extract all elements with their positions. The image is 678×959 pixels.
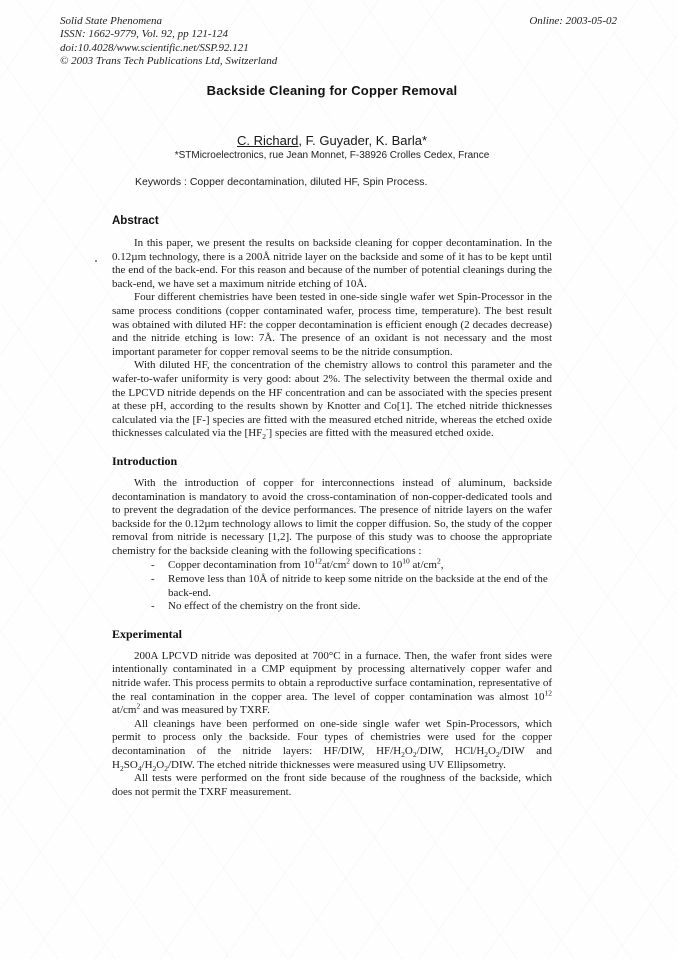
list-item: -No effect of the chemistry on the front… — [112, 600, 552, 614]
abstract-paragraphs: In this paper, we present the results on… — [112, 237, 552, 441]
authors-rest: , F. Guyader, K. Barla* — [298, 133, 427, 148]
keywords-line: Keywords : Copper decontamination, dilut… — [135, 176, 552, 189]
experimental-paragraph: 200A LPCVD nitride was deposited at 700°… — [112, 650, 552, 718]
bullet-dash: - — [151, 573, 155, 587]
experimental-paragraph: All cleanings have been performed on one… — [112, 718, 552, 772]
list-item: -Copper decontamination from 1012at/cm2 … — [112, 559, 552, 573]
page-title: Backside Cleaning for Copper Removal — [112, 83, 552, 98]
list-item-text: No effect of the chemistry on the front … — [168, 600, 361, 612]
list-item: -Remove less than 10Å of nitride to keep… — [112, 573, 552, 600]
abstract-paragraph: Four different chemistries have been tes… — [112, 291, 552, 359]
author-underlined: C. Richard — [237, 133, 298, 148]
authors-line: C. Richard, F. Guyader, K. Barla* — [112, 133, 552, 148]
experimental-paragraphs: 200A LPCVD nitride was deposited at 700°… — [112, 650, 552, 800]
experimental-paragraph: All tests were performed on the front si… — [112, 772, 552, 799]
affiliation: *STMicroelectronics, rue Jean Monnet, F-… — [112, 150, 552, 162]
section-heading-abstract: Abstract — [112, 214, 552, 228]
specification-list: -Copper decontamination from 1012at/cm2 … — [112, 559, 552, 613]
section-heading-experimental: Experimental — [112, 627, 552, 641]
bullet-dash: - — [151, 600, 155, 614]
section-heading-introduction: Introduction — [112, 454, 552, 468]
introduction-paragraph: With the introduction of copper for inte… — [112, 477, 552, 559]
list-item-text: Remove less than 10Å of nitride to keep … — [168, 573, 548, 599]
scan-artifact-dot — [95, 260, 97, 262]
introduction-paragraphs: With the introduction of copper for inte… — [112, 477, 552, 614]
abstract-paragraph: In this paper, we present the results on… — [112, 237, 552, 291]
abstract-paragraph: With diluted HF, the concentration of th… — [112, 359, 552, 441]
list-item-text: Copper decontamination from 1012at/cm2 d… — [168, 559, 443, 571]
article-body: Backside Cleaning for Copper Removal C. … — [112, 0, 552, 799]
bullet-dash: - — [151, 559, 155, 573]
paper-page: Solid State Phenomena ISSN: 1662-9779, V… — [0, 0, 678, 959]
